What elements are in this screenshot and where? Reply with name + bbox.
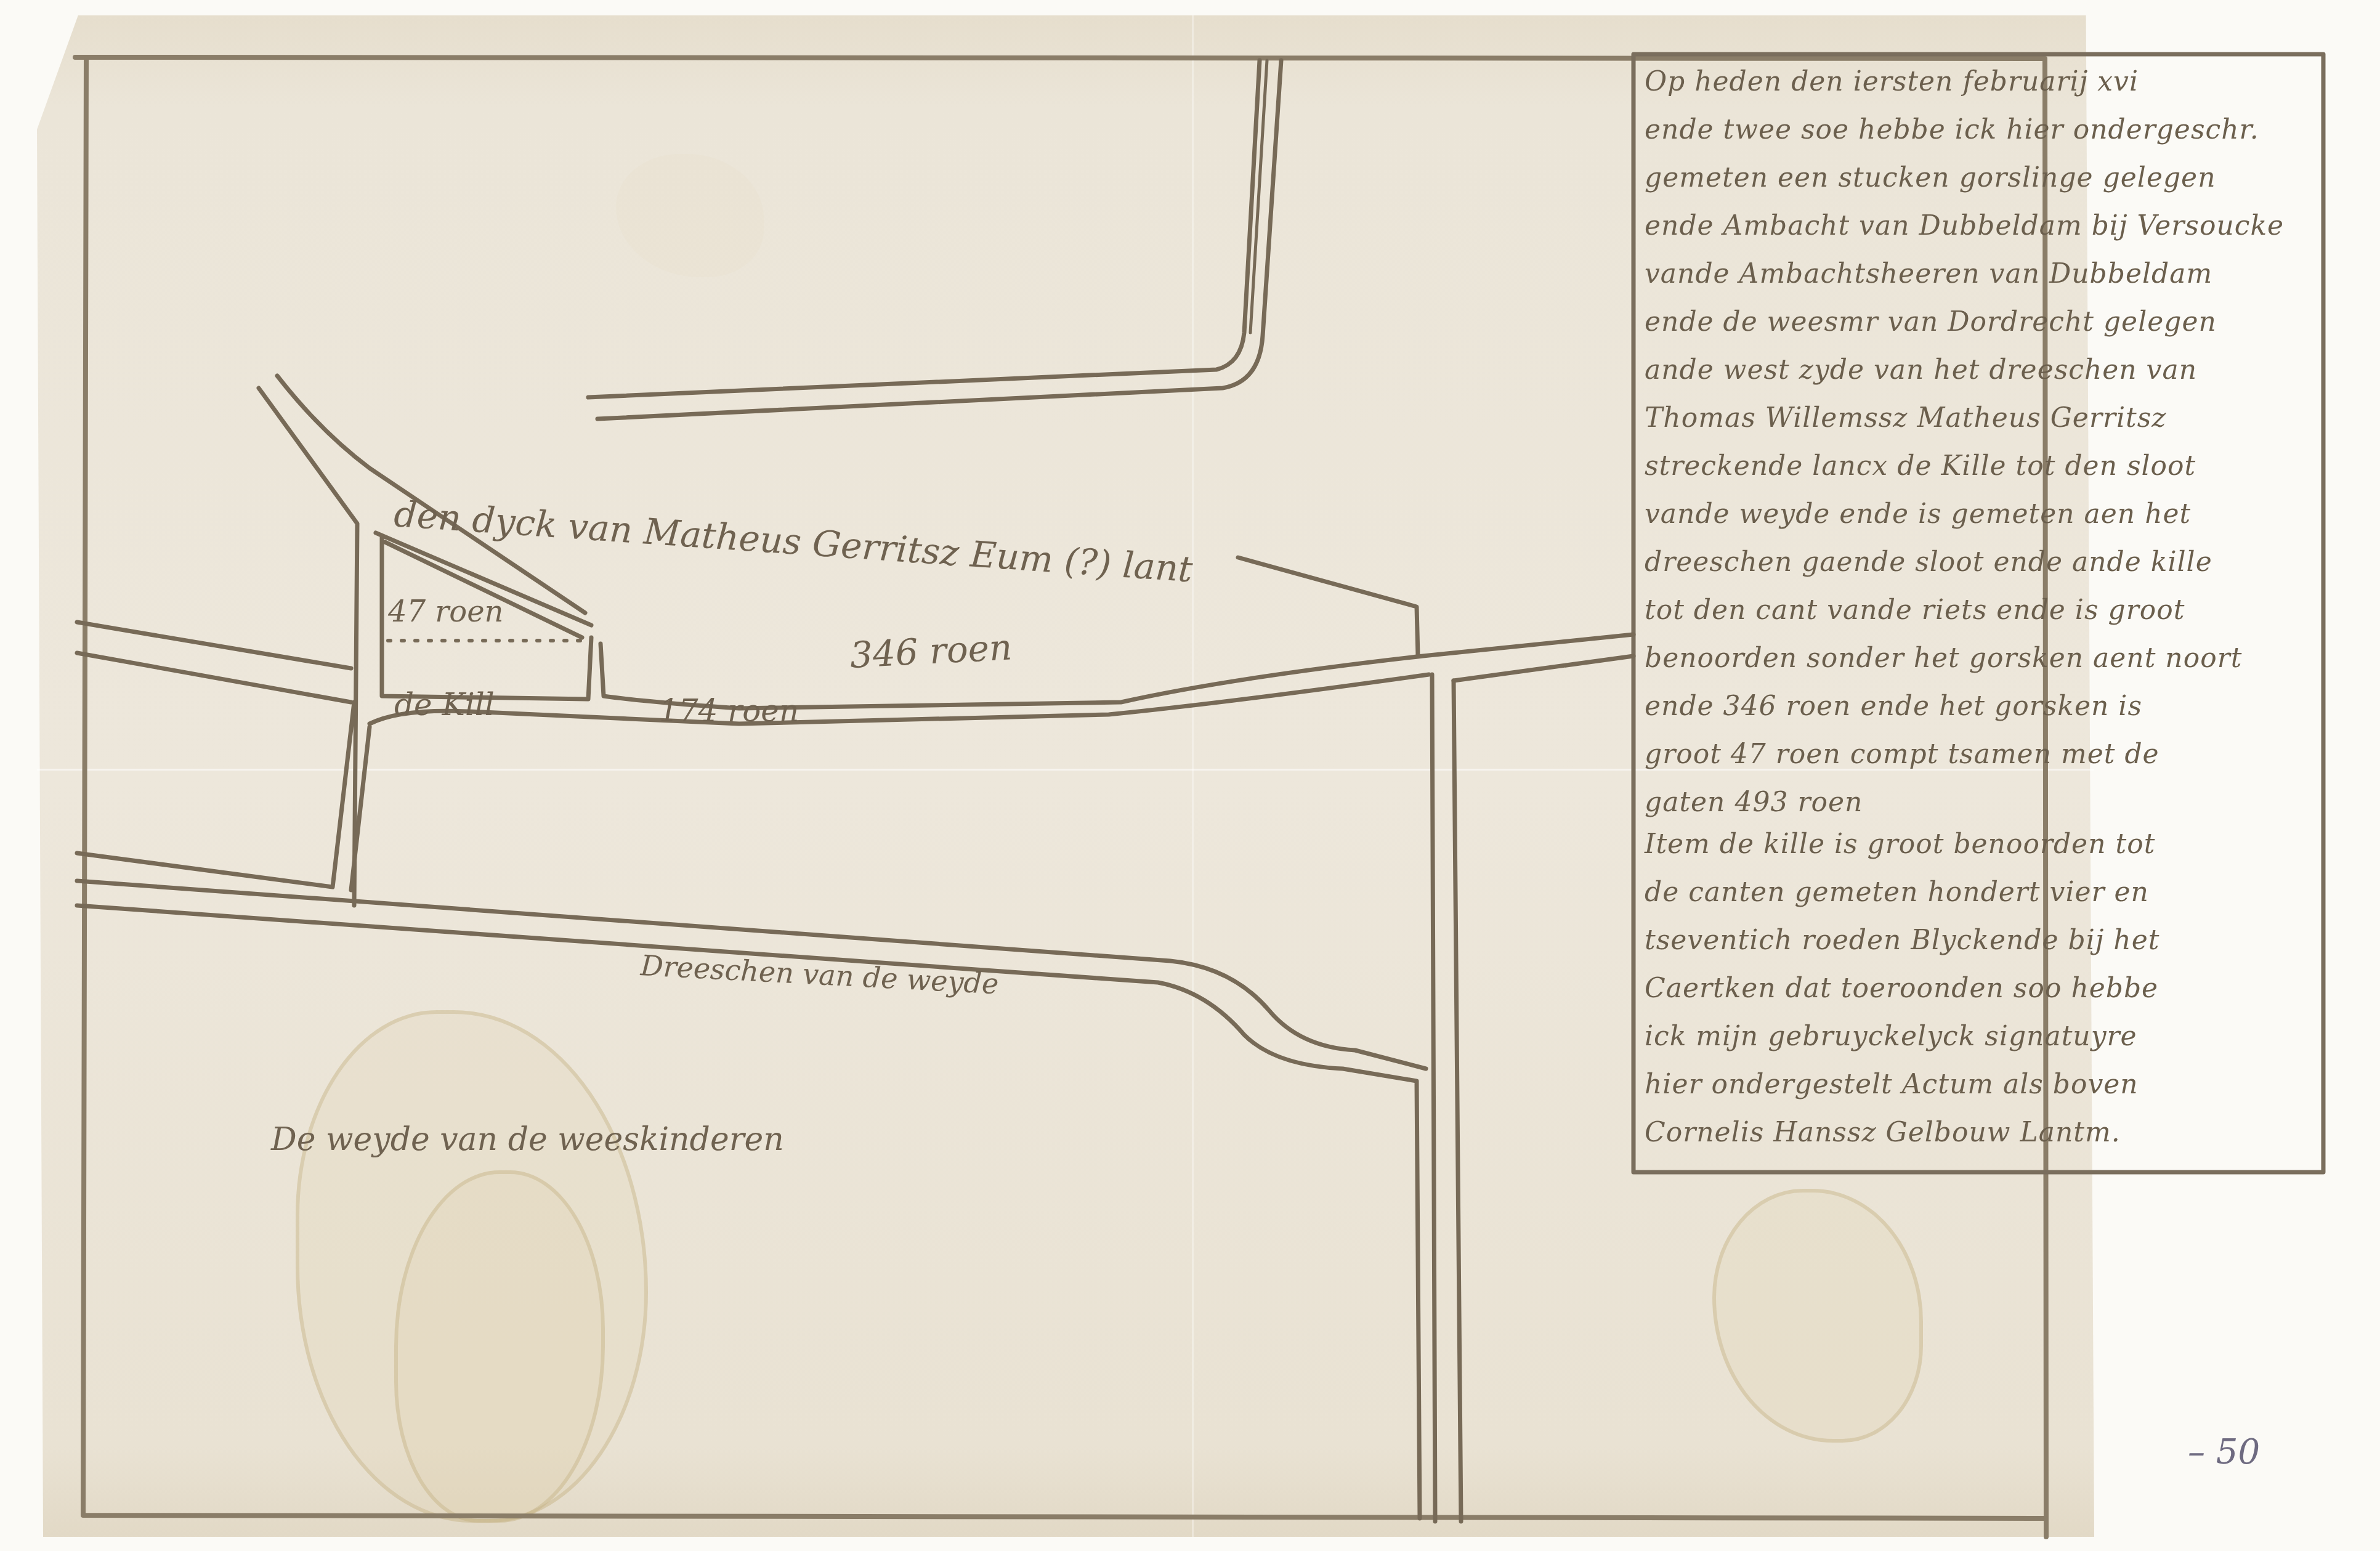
text-line: streckende lancx de Kille tot den sloot: [1645, 450, 2196, 482]
text-line: gaten 493 roen: [1645, 787, 1863, 818]
label-area-174: 174 roen: [659, 693, 799, 729]
text-line: de canten gemeten hondert vier en: [1645, 877, 2149, 908]
text-line: vande Ambachtsheeren van Dubbeldam: [1645, 258, 2212, 290]
text-line: hier ondergestelt Actum als boven: [1645, 1069, 2139, 1100]
text-line: Caertken dat toeroonden soo hebbe: [1645, 973, 2158, 1004]
text-line: ende twee soe hebbe ick hier ondergeschr…: [1645, 114, 2259, 145]
text-line: ande west zyde van het dreeschen van: [1645, 354, 2197, 386]
text-line: gemeten een stucken gorslinge gelegen: [1645, 162, 2216, 193]
text-line: vande weyde ende is gemeten aen het: [1645, 498, 2191, 530]
label-area-346: 346 roen: [849, 626, 1013, 676]
text-line: ende 346 roen ende het gorsken is: [1645, 690, 2142, 722]
text-line: groot 47 roen compt tsamen met de: [1645, 739, 2159, 770]
text-line: dreeschen gaende sloot ende ande kille: [1645, 546, 2212, 578]
folio-number: – 50: [2188, 1432, 2260, 1472]
text-line: tot den cant vande riets ende is groot: [1645, 594, 2185, 626]
text-line: Op heden den iersten februarij xvi: [1645, 66, 2139, 97]
text-line: benoorden sonder het gorsken aent noort: [1645, 642, 2242, 674]
label-kill: de Kill: [394, 687, 495, 723]
signature-line: Cornelis Hanssz Gelbouw Lantm.: [1645, 1117, 2121, 1148]
text-line: Item de kille is groot benoorden tot: [1645, 828, 2155, 860]
text-line: Thomas Willemssz Matheus Gerritsz: [1645, 402, 2166, 434]
text-line: tseventich roeden Blyckende bij het: [1645, 925, 2159, 956]
survey-description-text: Op heden den iersten februarij xvi ende …: [1638, 57, 2325, 1165]
label-area-47: 47 roen: [388, 594, 504, 629]
label-weide: De weyde van de weeskinderen: [271, 1121, 784, 1158]
text-line: ick mijn gebruyckelyck signatuyre: [1645, 1021, 2137, 1052]
text-line: ende Ambacht van Dubbeldam bij Versoucke: [1645, 210, 2284, 241]
text-line: ende de weesmr van Dordrecht gelegen: [1645, 306, 2217, 338]
